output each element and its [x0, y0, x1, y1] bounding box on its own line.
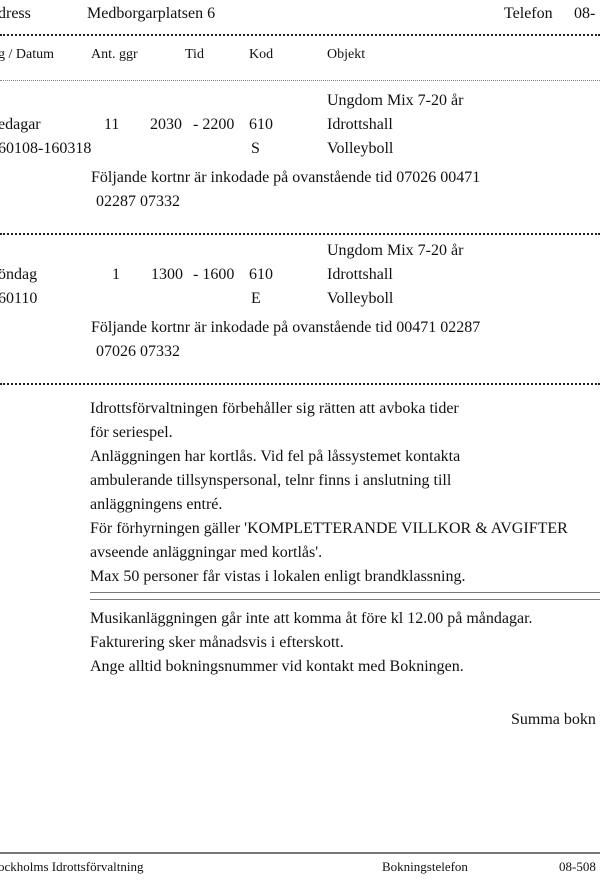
col-count: Ant. ggr — [91, 46, 138, 64]
terms-line: Idrottsförvaltningen förbehåller sig rät… — [90, 397, 568, 421]
booking-time-from: 1300 — [151, 265, 183, 285]
booking-code: 610 — [249, 115, 273, 135]
address-label: dress — [0, 4, 31, 24]
booking-code-sub: E — [251, 289, 261, 309]
terms-line: för seriespel. — [90, 421, 568, 445]
booking-day: edagar — [0, 115, 41, 135]
card-note-cont: 02287 07332 — [96, 192, 180, 212]
notes-line: Musikanläggningen går inte att komma åt … — [90, 607, 533, 631]
double-divider — [90, 592, 600, 600]
header-divider — [0, 34, 600, 36]
terms-line: avseende anläggningar med kortlås'. — [90, 541, 568, 565]
booking-time-to: - 2200 — [193, 115, 234, 135]
footer-phone-label: Bokningstelefon — [382, 859, 468, 875]
notes-line: Ange alltid bokningsnummer vid kontakt m… — [90, 655, 533, 679]
object-line: Volleyboll — [327, 289, 393, 309]
booking-count: 1 — [112, 265, 120, 285]
booking-dates: 60110 — [0, 289, 37, 309]
notes-line: Fakturering sker månadsvis i efterskott. — [90, 631, 533, 655]
col-code: Kod — [249, 46, 273, 64]
booking-code-sub: S — [251, 139, 260, 159]
booking-day: öndag — [0, 265, 37, 285]
col-day-date: g / Datum — [0, 46, 54, 64]
booking-time-to: - 1600 — [193, 265, 234, 285]
columns-divider — [0, 80, 600, 81]
object-line: Ungdom Mix 7-20 år — [327, 91, 463, 111]
col-object: Objekt — [327, 46, 365, 64]
object-line: Ungdom Mix 7-20 år — [327, 241, 463, 261]
notes-block: Musikanläggningen går inte att komma åt … — [90, 607, 533, 679]
terms-line: För förhyrningen gäller 'KOMPLETTERANDE … — [90, 517, 568, 541]
address-value: Medborgarplatsen 6 — [87, 4, 215, 24]
booking-divider — [0, 383, 600, 385]
terms-line: anläggningens entré. — [90, 493, 568, 517]
booking-divider — [0, 233, 600, 235]
object-line: Idrottshall — [327, 265, 393, 285]
terms-line: Max 50 personer får vistas i lokalen enl… — [90, 565, 568, 589]
card-note-cont: 07026 07332 — [96, 342, 180, 362]
terms-line: ambulerande tillsynspersonal, telnr finn… — [90, 469, 568, 493]
booking-code: 610 — [249, 265, 273, 285]
booking-dates: 60108-160318 — [0, 139, 91, 159]
card-note: Följande kortnr är inkodade på ovanståen… — [91, 318, 480, 338]
booking-count: 11 — [104, 115, 119, 135]
col-time: Tid — [185, 46, 204, 64]
terms-block: Idrottsförvaltningen förbehåller sig rät… — [90, 397, 568, 589]
footer-phone-value: 08-508 — [559, 859, 596, 875]
phone-label: Telefon — [504, 4, 553, 24]
object-line: Idrottshall — [327, 115, 393, 135]
booking-time-from: 2030 — [150, 115, 182, 135]
card-note: Följande kortnr är inkodade på ovanståen… — [91, 168, 480, 188]
object-line: Volleyboll — [327, 139, 393, 159]
footer-divider — [0, 852, 600, 854]
phone-value: 08- — [574, 4, 595, 24]
terms-line: Anläggningen har kortlås. Vid fel på lås… — [90, 445, 568, 469]
summary-label: Summa bokn — [511, 710, 596, 730]
footer-org: ockholms Idrottsförvaltning — [0, 859, 144, 875]
